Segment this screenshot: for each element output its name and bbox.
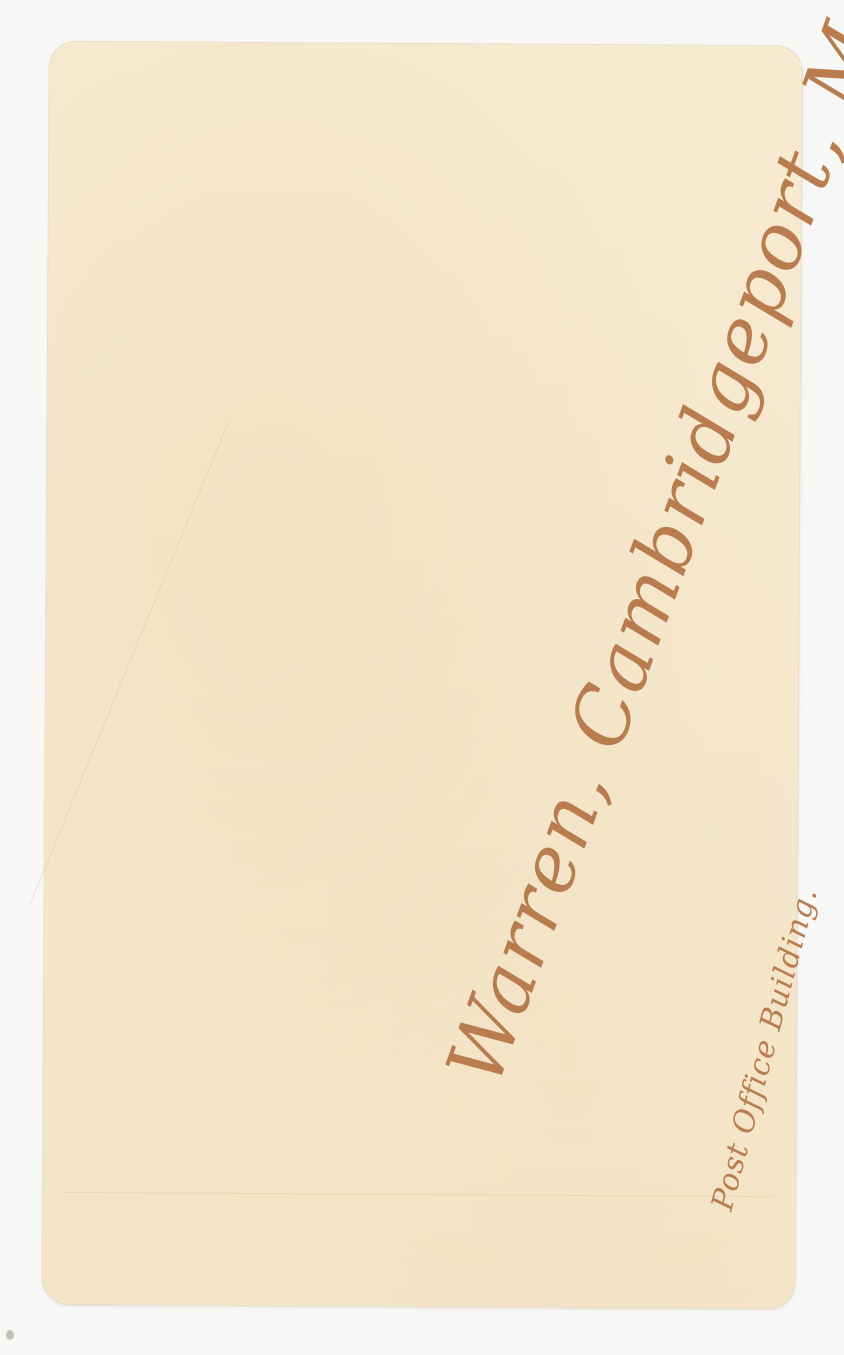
card-crease [30,423,229,904]
dust-speck [6,1330,14,1340]
card-back [42,42,802,1309]
card-edge-line [63,1192,775,1197]
